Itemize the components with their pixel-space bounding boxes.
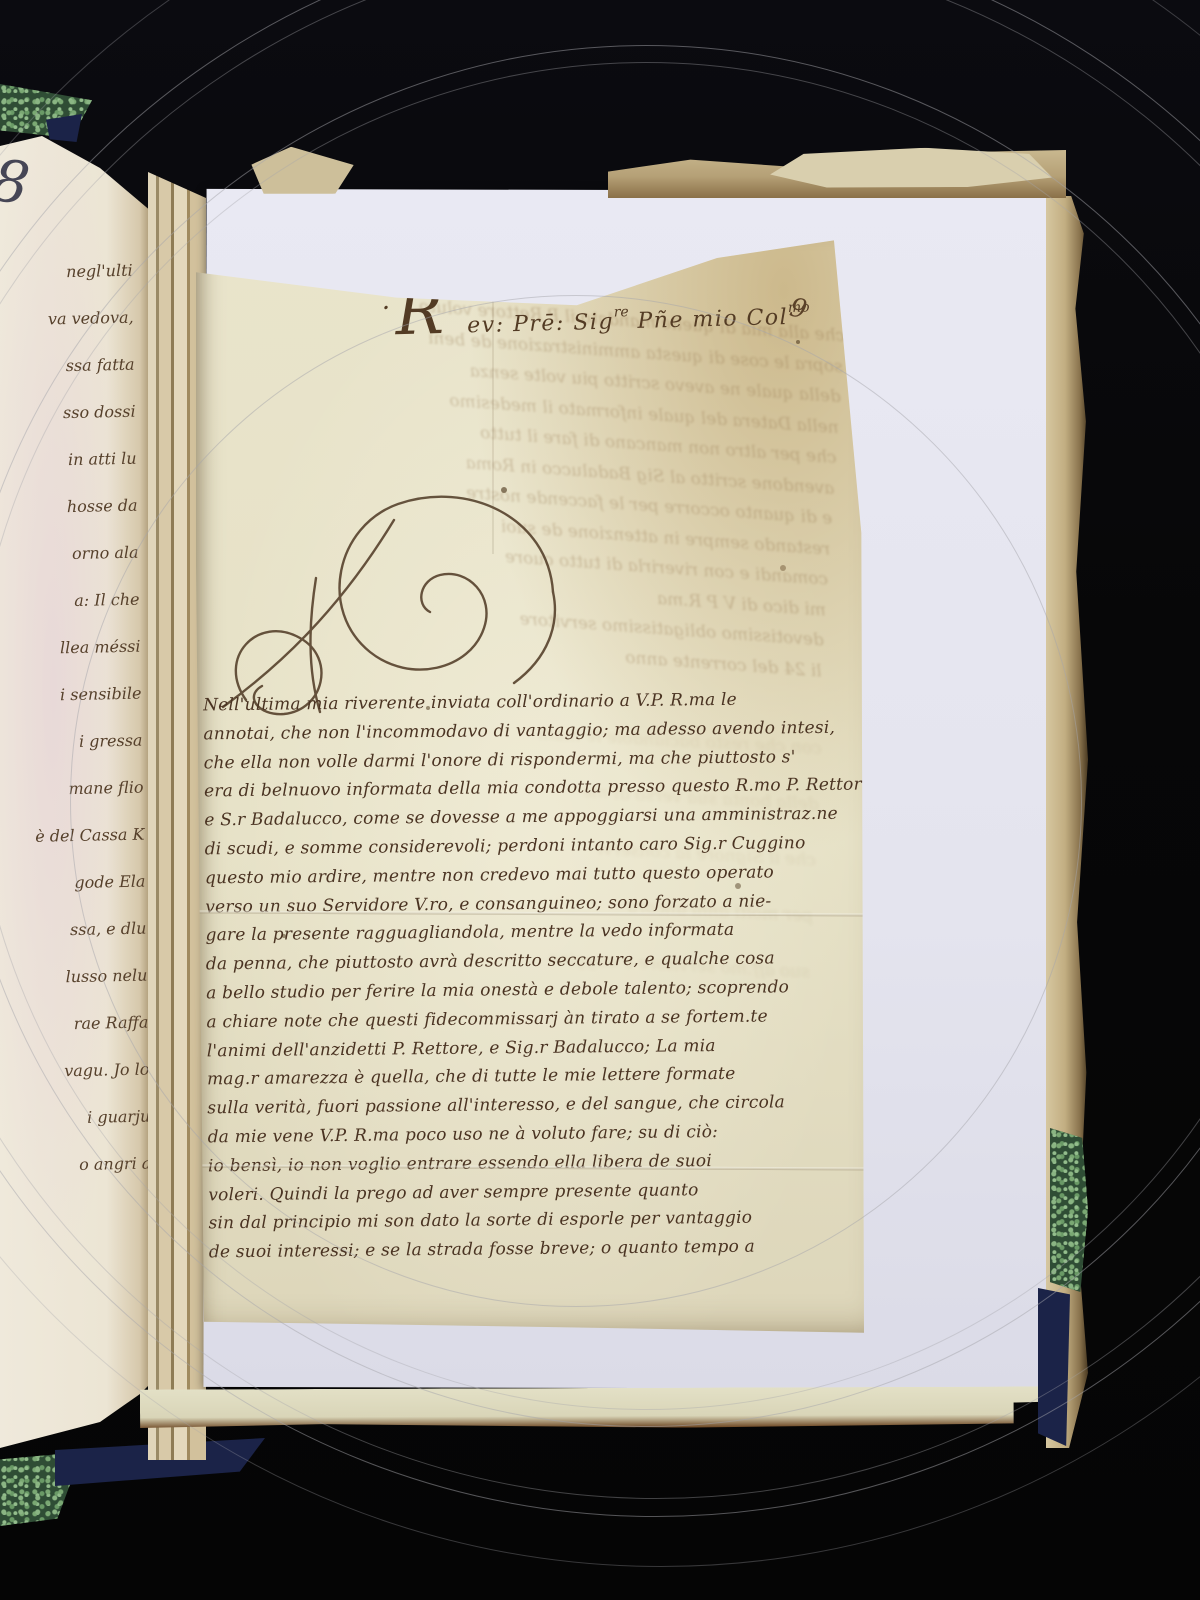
left-page-text-fragment: va vedova, <box>0 294 134 344</box>
marbled-cover-right <box>1050 1128 1088 1292</box>
left-page-text-fragment: orno ala <box>0 529 139 579</box>
left-page-text-fragment: ssa fatta <box>0 341 135 391</box>
left-page-text-fragment: lusso nelu <box>5 952 148 1002</box>
cover-spine-navy-right <box>1038 1288 1070 1446</box>
left-page-text-fragment: rae Raffa <box>6 999 149 1049</box>
salutation-text: Pñe mio Col <box>629 305 789 334</box>
letter-body-line: de suoi interessi; e se la strada fosse … <box>209 1232 854 1268</box>
left-page-text-fragment: a: Il che <box>0 576 140 626</box>
left-page-text-fragment: in atti lu <box>0 435 137 485</box>
left-page-text-fragment: hosse da <box>0 482 138 532</box>
letter-page: che alla mia di quelle mandato il P Rett… <box>196 236 864 1336</box>
left-page-text-fragment: è del Cassa K <box>2 811 145 861</box>
left-page-text-fragment: negl'ulti <box>0 247 133 297</box>
salutation-superscript: re <box>614 304 629 320</box>
letter-body: Nell'ultima mia riverente inviata coll'o… <box>203 685 854 1268</box>
left-page-text-fragment: sso dossi <box>0 388 136 438</box>
left-page-text-fragment: i guarju <box>8 1093 151 1143</box>
left-page-text-fragment: o angri a <box>9 1140 152 1190</box>
manuscript-photo: 8 negl'ultiva vedova,ssa fattasso dossii… <box>0 0 1200 1600</box>
left-page-text-fragment: ssa, e dlu <box>4 905 147 955</box>
left-page-text-fragment: i sensibile <box>0 670 142 720</box>
ink-flourish <box>198 462 588 718</box>
left-page-text-fragment: i gressa <box>0 717 143 767</box>
left-page-text-fragment: gode Ela <box>3 858 146 908</box>
salutation-text: ev: Prē: Sig <box>467 310 614 339</box>
salutation-dot: · <box>382 293 391 323</box>
left-page-text-fragment: mane flio <box>1 764 144 814</box>
left-page-text-fragments: negl'ultiva vedova,ssa fattasso dossiin … <box>0 247 160 1190</box>
left-page-text-fragment: vagu. Jo lo <box>7 1046 150 1096</box>
left-page-text-fragment: llea méssi <box>0 623 141 673</box>
under-page-bottom-edge <box>140 1386 1050 1429</box>
